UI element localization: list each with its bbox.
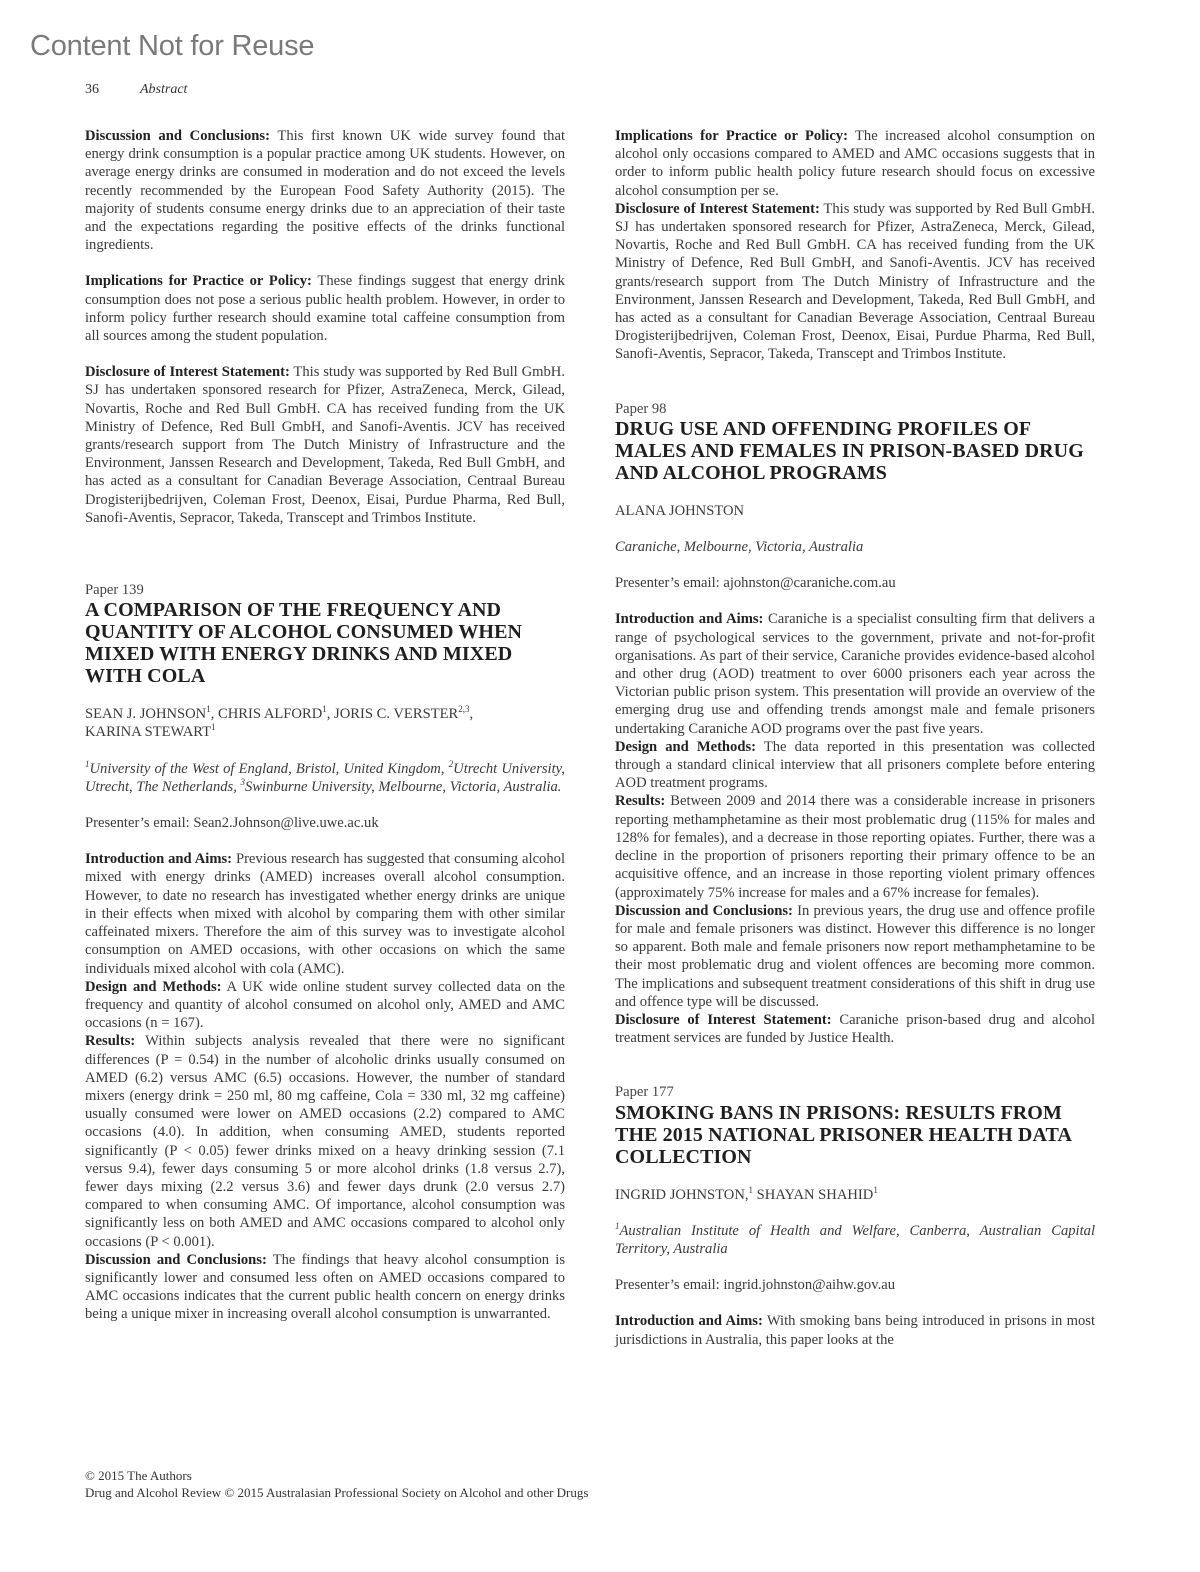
affil-text: Swinburne University, Melbourne, Victori…	[245, 779, 561, 795]
author-sep: ,	[327, 706, 334, 722]
author-list: ALANA JOHNSTON	[615, 502, 1095, 520]
section-text: This study was supported by Red Bull Gmb…	[85, 364, 565, 526]
results-paragraph: Results: Between 2009 and 2014 there was…	[615, 792, 1095, 901]
paper-139: Paper 139 A COMPARISON OF THE FREQUENCY …	[85, 581, 565, 1324]
paper-title: SMOKING BANS IN PRISONS: RESULTS FROM TH…	[615, 1102, 1095, 1168]
affiliation: 1Australian Institute of Health and Welf…	[615, 1222, 1095, 1258]
affiliations: 1University of the West of England, Bris…	[85, 760, 565, 796]
section-label: Discussion and Conclusions:	[85, 1252, 267, 1268]
section-label: Disclosure of Interest Statement:	[615, 201, 820, 217]
author-name: INGRID JOHNSTON,	[615, 1187, 749, 1203]
section-label: Results:	[615, 793, 665, 809]
section-label: Design and Methods:	[615, 739, 756, 755]
journal-line: Drug and Alcohol Review © 2015 Australas…	[85, 1484, 588, 1501]
section-label: Disclosure of Interest Statement:	[615, 1012, 832, 1028]
email-address: Sean2.Johnson@live.uwe.ac.uk	[193, 815, 378, 831]
author-sep: ,	[470, 706, 474, 722]
presenter-email: Presenter’s email: ingrid.johnston@aihw.…	[615, 1276, 1095, 1294]
running-head: 36Abstract	[85, 82, 187, 98]
page-footer: © 2015 The Authors Drug and Alcohol Revi…	[85, 1467, 588, 1501]
author-name: KARINA STEWART	[85, 724, 211, 740]
section-label: Implications for Practice or Policy:	[615, 128, 848, 144]
author-name: SHAYAN SHAHID	[757, 1187, 874, 1203]
author-list: INGRID JOHNSTON,1 SHAYAN SHAHID1	[615, 1186, 1095, 1204]
page-number: 36	[85, 82, 140, 98]
intro-paragraph: Introduction and Aims: Previous research…	[85, 850, 565, 977]
author-sep: ,	[211, 706, 218, 722]
disclosure-paragraph: Disclosure of Interest Statement: Carani…	[615, 1011, 1095, 1047]
intro-paragraph: Introduction and Aims: Caraniche is a sp…	[615, 610, 1095, 737]
prev-implications-paragraph: Implications for Practice or Policy: The…	[85, 272, 565, 345]
section-label: Introduction and Aims:	[615, 1313, 763, 1329]
presenter-email: Presenter’s email: ajohnston@caraniche.c…	[615, 574, 1095, 592]
intro-paragraph: Introduction and Aims: With smoking bans…	[615, 1312, 1095, 1348]
p139-disclosure-paragraph: Disclosure of Interest Statement: This s…	[615, 200, 1095, 364]
author-list: SEAN J. JOHNSON1, CHRIS ALFORD1, JORIS C…	[85, 705, 565, 741]
paper-title: A COMPARISON OF THE FREQUENCY AND QUANTI…	[85, 599, 565, 687]
discussion-paragraph: Discussion and Conclusions: The findings…	[85, 1251, 565, 1324]
author-name: SEAN J. JOHNSON	[85, 706, 206, 722]
right-column: Implications for Practice or Policy: The…	[615, 127, 1095, 1349]
section-label: Introduction and Aims:	[615, 611, 763, 627]
section-label: Design and Methods:	[85, 979, 222, 995]
discussion-paragraph: Discussion and Conclusions: In previous …	[615, 902, 1095, 1011]
email-label: Presenter’s email:	[615, 1277, 723, 1293]
design-paragraph: Design and Methods: The data reported in…	[615, 738, 1095, 793]
author-sup: 1	[873, 1185, 878, 1195]
email-address: ajohnston@caraniche.com.au	[723, 575, 895, 591]
prev-disclosure-paragraph: Disclosure of Interest Statement: This s…	[85, 363, 565, 527]
presenter-email: Presenter’s email: Sean2.Johnson@live.uw…	[85, 814, 565, 832]
author-name: JORIS C. VERSTER	[334, 706, 458, 722]
section-label: Discussion and Conclusions:	[85, 128, 270, 144]
affil-text: University of the West of England, Brist…	[90, 761, 449, 777]
copyright-line: © 2015 The Authors	[85, 1467, 588, 1484]
section-text: Caraniche is a specialist consulting fir…	[615, 611, 1095, 736]
author-name: CHRIS ALFORD	[218, 706, 322, 722]
author-sup: 2,3	[458, 704, 469, 714]
section-text: This study was supported by Red Bull Gmb…	[615, 201, 1095, 363]
section-label: Introduction and Aims:	[85, 851, 232, 867]
paper-98: Paper 98 DRUG USE AND OFFENDING PROFILES…	[615, 400, 1095, 1048]
email-address: ingrid.johnston@aihw.gov.au	[723, 1277, 895, 1293]
paper-number: Paper 98	[615, 400, 1095, 418]
paper-number: Paper 177	[615, 1083, 1095, 1101]
section-text: Within subjects analysis revealed that t…	[85, 1033, 565, 1249]
section-text: Between 2009 and 2014 there was a consid…	[615, 793, 1095, 900]
p139-implications-paragraph: Implications for Practice or Policy: The…	[615, 127, 1095, 200]
section-label: Results:	[85, 1033, 135, 1049]
section-text: This first known UK wide survey found th…	[85, 128, 565, 253]
paper-title: DRUG USE AND OFFENDING PROFILES OF MALES…	[615, 418, 1095, 484]
prev-discussion-paragraph: Discussion and Conclusions: This first k…	[85, 127, 565, 254]
affil-text: Australian Institute of Health and Welfa…	[615, 1223, 1095, 1257]
email-label: Presenter’s email:	[85, 815, 193, 831]
paper-177: Paper 177 SMOKING BANS IN PRISONS: RESUL…	[615, 1083, 1095, 1348]
author-sup: 1	[211, 723, 216, 733]
email-label: Presenter’s email:	[615, 575, 723, 591]
results-paragraph: Results: Within subjects analysis reveal…	[85, 1032, 565, 1250]
paper-number: Paper 139	[85, 581, 565, 599]
section-text: Previous research has suggested that con…	[85, 851, 565, 976]
affiliation: Caraniche, Melbourne, Victoria, Australi…	[615, 538, 1095, 556]
section-label: Disclosure of Interest Statement:	[85, 364, 290, 380]
left-column: Discussion and Conclusions: This first k…	[85, 127, 565, 1324]
section-label: Implications for Practice or Policy:	[85, 273, 312, 289]
watermark: Content Not for Reuse	[30, 30, 314, 63]
section-label: Discussion and Conclusions:	[615, 903, 793, 919]
design-paragraph: Design and Methods: A UK wide online stu…	[85, 978, 565, 1033]
section-name: Abstract	[140, 82, 187, 97]
